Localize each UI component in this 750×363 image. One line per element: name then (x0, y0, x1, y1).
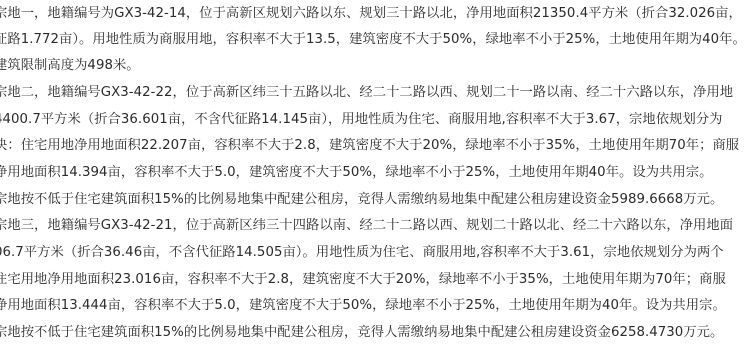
parcel-2-line-1: 宗地二，地籍编号GX3-42-22，位于高新区纬三十五路以北、经二十二路以西、规… (0, 80, 733, 106)
parcel-2-line-5: 宗地按不低于住宅建筑面积15%的比例易地集中配建公租房，竞得人需缴纳易地集中配建… (0, 187, 723, 213)
parcel-3-line-1: 宗地三，地籍编号GX3-42-21，位于高新区纬三十四路以南、经二十二路以西、规… (0, 213, 733, 239)
parcel-1-line-1: 宗地一，地籍编号为GX3-42-14，位于高新区规划六路以东、规划三十路以北，净… (0, 1, 742, 27)
parcel-1-line-2: 征路1.772亩）。用地性质为商服用地，容积率不大于13.5，建筑密度不大于50… (0, 27, 746, 53)
parcel-2-line-2: 4400.7平方米（折合36.601亩，不含代征路14.145亩），用地性质为住… (0, 107, 722, 133)
parcel-2-line-3: 块：住宅用地净用地面积22.207亩，容积率不大于2.8，建筑密度不大于20%，… (0, 133, 739, 159)
parcel-3-line-5: 宗地按不低于住宅建筑面积15%的比例易地集中配建公租房，竞得人需缴纳易地集中配建… (0, 320, 723, 346)
parcel-3-line-3: 住宅用地净用地面积23.016亩，容积率不大于2.8，建筑密度不大于20%，绿地… (0, 267, 726, 293)
parcel-2-line-4: 净用地面积14.394亩，容积率不大于5.0，建筑密度不大于50%，绿地率不小于… (0, 160, 712, 186)
parcel-1-line-3: 建筑限制高度为498米。 (0, 53, 140, 79)
parcel-3-line-4: 净用地面积13.444亩，容积率不大于5.0，建筑密度不大于50%，绿地率不小于… (0, 293, 726, 319)
parcel-3-line-2: 06.7平方米（折合36.46亩，不含代征路14.505亩）。用地性质为住宅、商… (0, 240, 724, 266)
